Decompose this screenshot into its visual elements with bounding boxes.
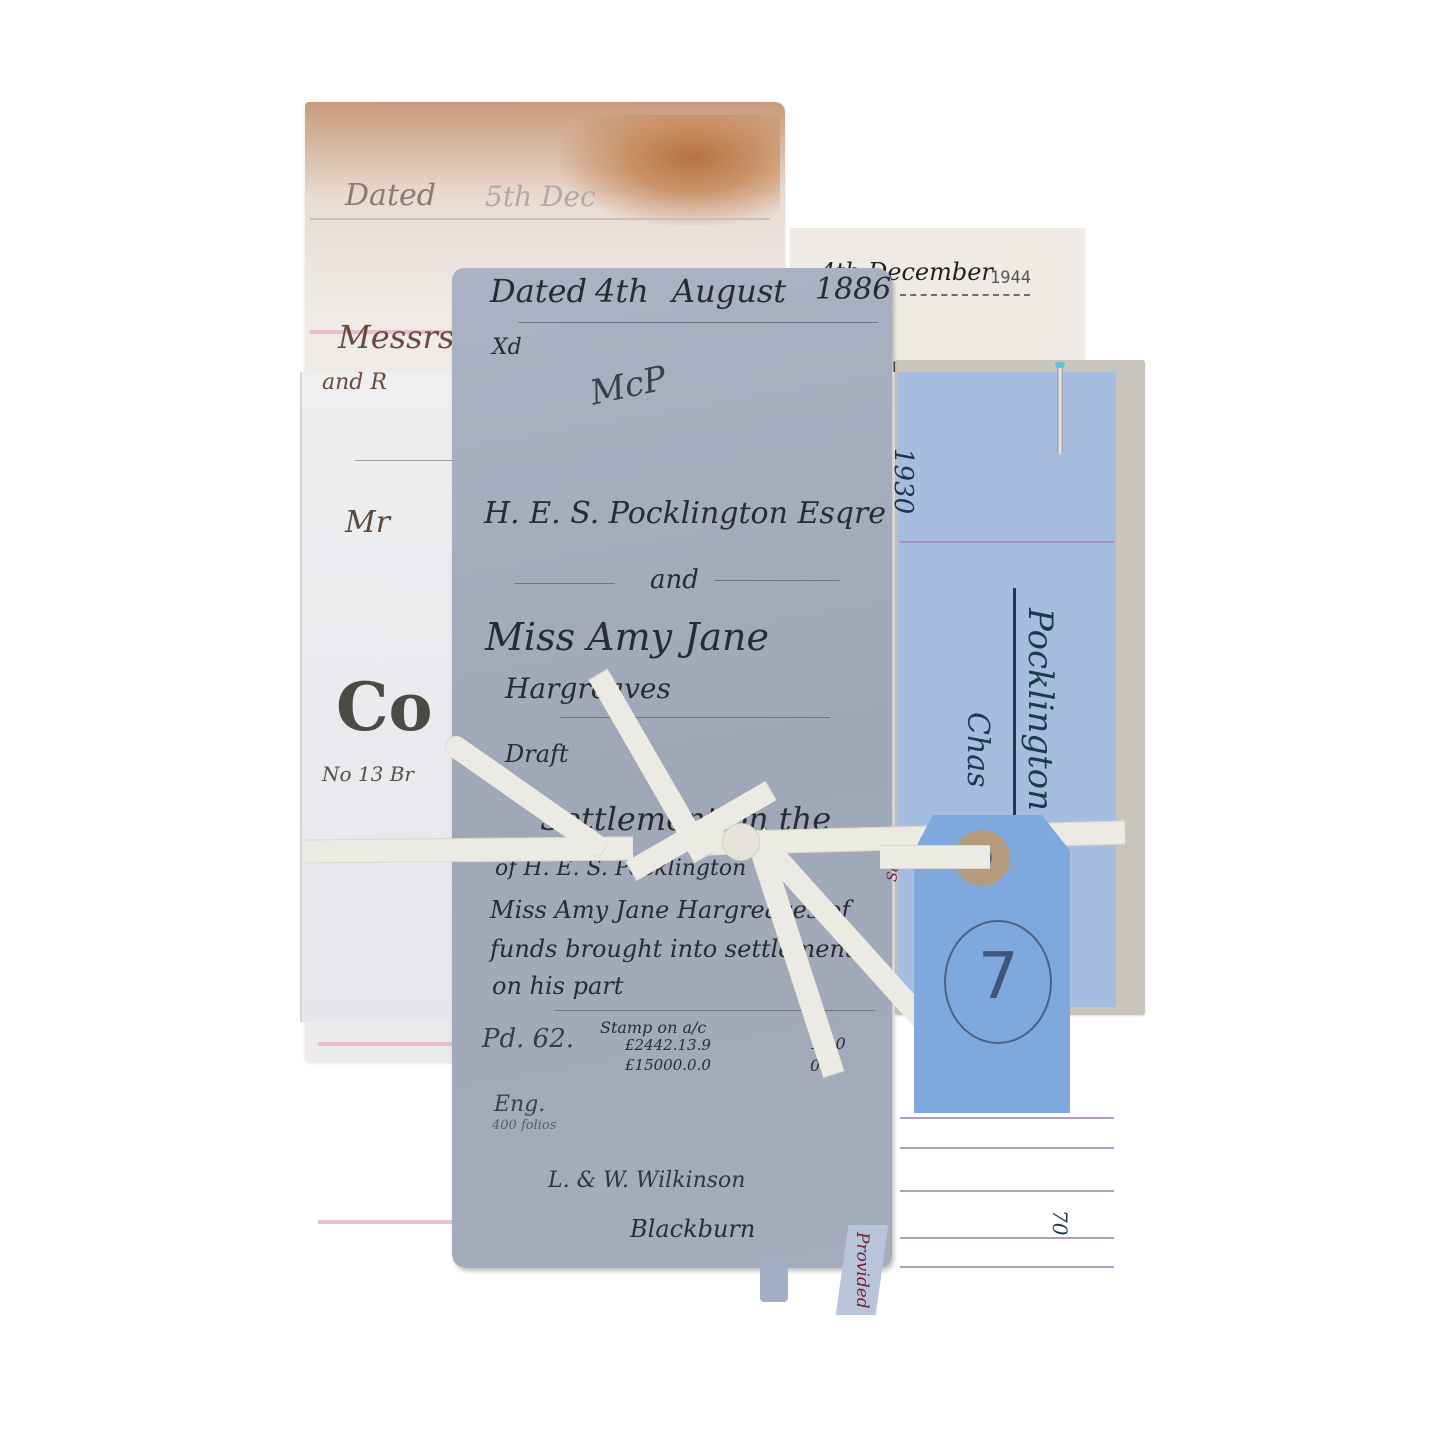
deed-rule (310, 218, 770, 220)
metal-pin (1057, 364, 1063, 454)
folder-town: Blackburn (630, 1215, 755, 1243)
folder-and: and (650, 565, 699, 595)
deed-line-mr: Mr (345, 505, 390, 540)
folder-fee-label: Pd. 62. (482, 1024, 574, 1054)
blue-sheet-rule (900, 1237, 1114, 1239)
folder-year: 1886 (815, 272, 891, 307)
folder-header-rule (518, 322, 878, 323)
blue-sheet-rule (900, 541, 1114, 543)
folder-party2-line1: Miss Amy Jane (485, 615, 769, 659)
pin-head (1055, 362, 1065, 368)
blue-sheet-underline (1013, 588, 1016, 828)
typed-year: 1944 (990, 268, 1031, 288)
folder-party1: H. E. S. Pocklington Esqre (484, 496, 886, 531)
folder-rule (560, 717, 830, 718)
deed-line-and: and R (322, 370, 387, 395)
deed-gothic-heading: Co (336, 668, 433, 746)
blue-sheet-sub: Chas (960, 712, 995, 788)
blue-sheet-rule (900, 1117, 1114, 1119)
blue-sheet-year: 1930 (888, 448, 918, 514)
folder-rule (715, 580, 840, 581)
deed-dated-value: 5th Dec (485, 180, 596, 213)
deed-line-messrs: Messrs (338, 318, 454, 356)
folder-title-line3: Miss Amy Jane Hargreaves of (490, 896, 850, 924)
tag-number: 7 (978, 940, 1019, 1014)
deed-pink-rule-3 (318, 1220, 458, 1224)
folder-month: August (672, 272, 786, 310)
folder-amount1: £2442.13.9 (625, 1036, 711, 1054)
blue-sheet-name: Pocklington (1020, 608, 1060, 811)
ribbon-knot (722, 823, 760, 861)
folder-bottom-tab (760, 1262, 788, 1302)
ribbon-through-tag (880, 845, 990, 869)
deed-rule-short (355, 460, 455, 461)
folder-party2-line2: Hargreaves (505, 672, 671, 705)
folder-corner-note: Provided (852, 1232, 872, 1309)
folder-dated-label: Dated (490, 272, 587, 310)
deed-pink-rule-2 (318, 1042, 458, 1046)
folder-draft: Draft (505, 740, 569, 768)
folder-title-line5: on his part (492, 972, 623, 1000)
folder-rule (555, 1010, 875, 1011)
deed-address: No 13 Br (322, 762, 414, 786)
folder-stamp-label: Stamp on a/c (600, 1018, 706, 1037)
folder-solicitors: L. & W. Wilkinson (548, 1168, 745, 1193)
deed-dated-label: Dated (345, 178, 436, 213)
blue-sheet-rule (900, 1147, 1114, 1149)
blue-sheet-rule (900, 1266, 1114, 1268)
blue-sheet-number: 70 (1048, 1210, 1072, 1235)
folder-day: 4th (595, 272, 649, 310)
folder-rule (515, 583, 615, 584)
folder-amount2: £15000.0.0 (625, 1056, 711, 1074)
folder-engrossed-note: 400 folios (492, 1118, 556, 1133)
folder-engrossed: Eng. (494, 1092, 545, 1117)
blue-sheet-rule (900, 1190, 1114, 1192)
typed-dashed-line (900, 294, 1030, 296)
folder-mark-xd: Xd (492, 335, 522, 360)
